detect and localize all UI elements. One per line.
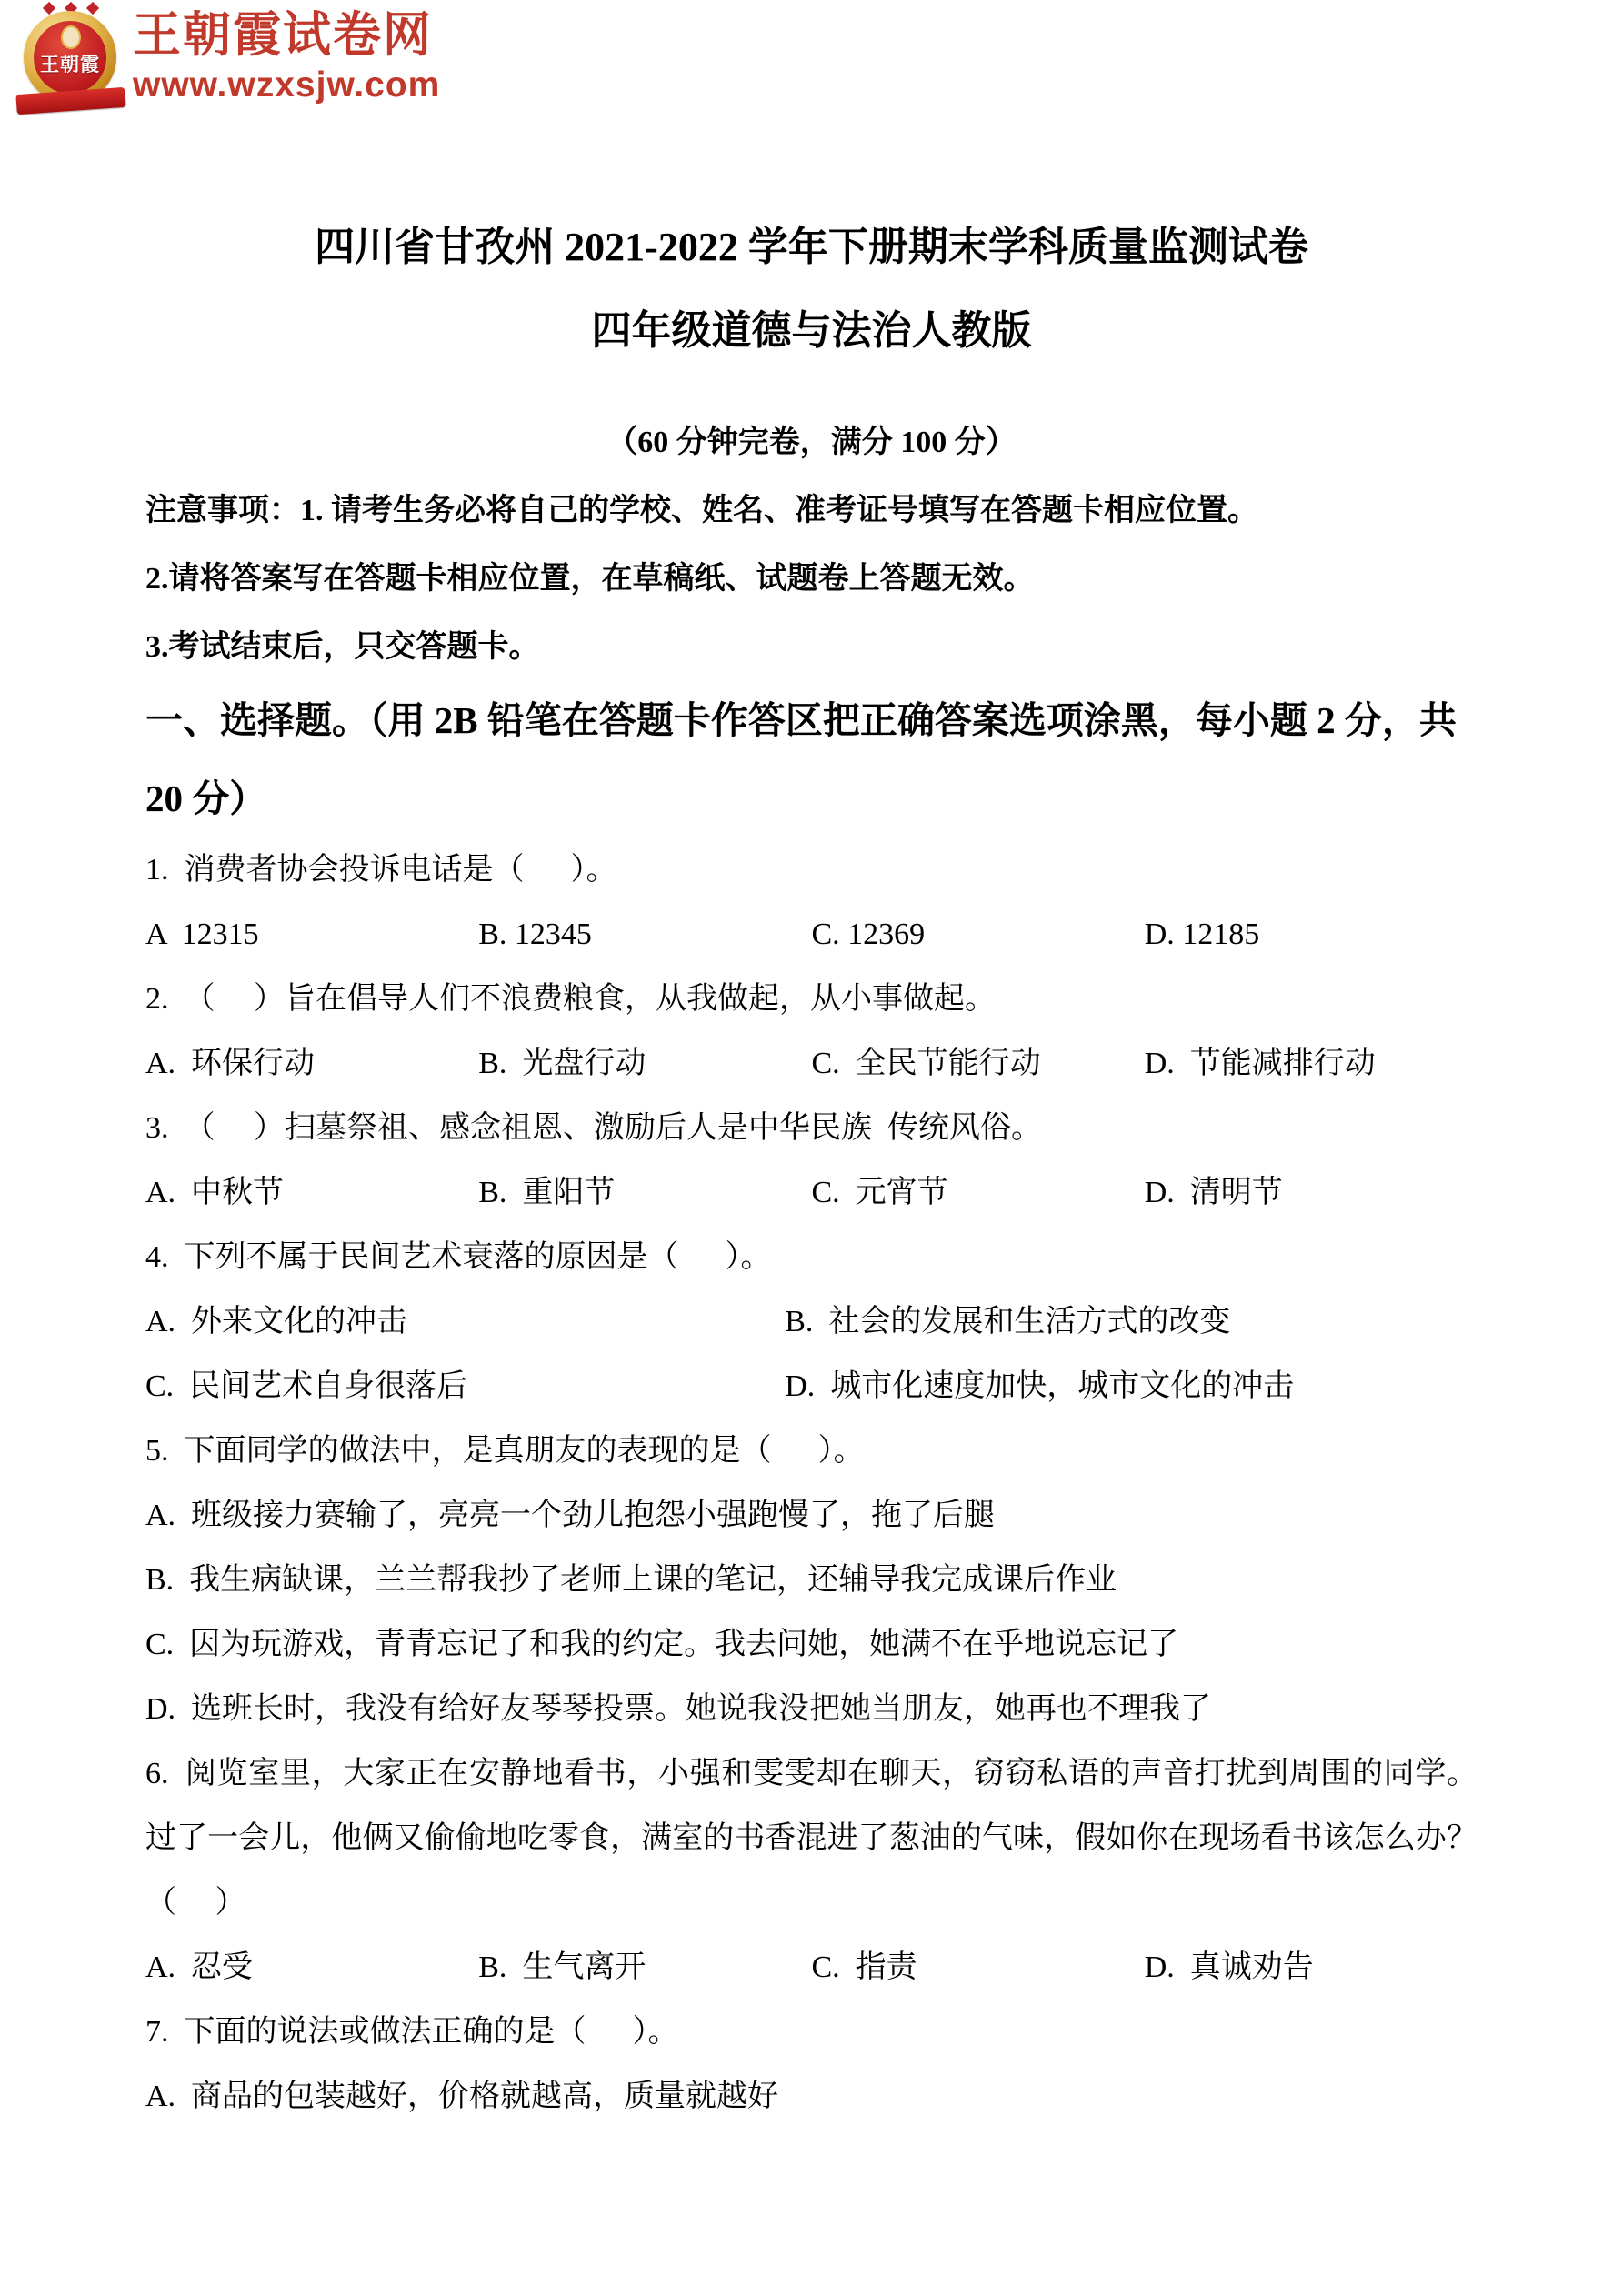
question-2: 2. （ ）旨在倡导人们不浪费粮食，从我做起，从小事做起。 A. 环保行动 B.… bbox=[145, 967, 1478, 1096]
badge-calligraphy-text: 王朝霞 bbox=[40, 50, 100, 77]
option-b: B. 光盘行动 bbox=[478, 1031, 811, 1096]
document-content: 四川省甘孜州 2021-2022 学年下册期末学科质量监测试卷 四年级道德与法治… bbox=[0, 206, 1623, 2129]
option-b: B. 重阳节 bbox=[478, 1160, 811, 1225]
section-heading-line1: 一、选择题。（用 2B 铅笔在答题卡作答区把正确答案选项涂黑，每小题 2 分，共 bbox=[145, 681, 1478, 759]
question-options: A. 商品的包装越好，价格就越高，质量就越好 bbox=[145, 2064, 1478, 2129]
question-options: A. 外来文化的冲击 B. 社会的发展和生活方式的改变 C. 民间艺术自身很落后… bbox=[145, 1289, 1478, 1419]
exam-title-line1: 四川省甘孜州 2021-2022 学年下册期末学科质量监测试卷 bbox=[145, 206, 1478, 289]
option-d: D. 城市化速度加快，城市文化的冲击 bbox=[785, 1354, 1478, 1419]
question-options: A. 环保行动 B. 光盘行动 C. 全民节能行动 D. 节能减排行动 bbox=[145, 1031, 1478, 1096]
exam-title: 四川省甘孜州 2021-2022 学年下册期末学科质量监测试卷 四年级道德与法治… bbox=[145, 206, 1478, 373]
site-logo: 王朝霞 王朝霞试卷网 www.wzxsjw.com bbox=[20, 4, 440, 111]
option-c: C. 12369 bbox=[812, 902, 1145, 967]
exam-paper-page: 王朝霞 王朝霞试卷网 www.wzxsjw.com 四川省甘孜州 2021-20… bbox=[0, 0, 1623, 2296]
option-d: D. 选班长时，我没有给好友琴琴投票。她说我没把她当朋友，她再也不理我了 bbox=[145, 1677, 1478, 1741]
question-text: 7. 下面的说法或做法正确的是（ ）。 bbox=[145, 2000, 1478, 2064]
brand-name: 王朝霞试卷网 bbox=[133, 11, 440, 59]
option-a: A. 中秋节 bbox=[145, 1160, 478, 1225]
question-options: A. 忍受 B. 生气离开 C. 指责 D. 真诚劝告 bbox=[145, 1935, 1478, 2000]
option-a: A. 商品的包装越好，价格就越高，质量就越好 bbox=[145, 2064, 1478, 2129]
option-c: C. 元宵节 bbox=[812, 1160, 1145, 1225]
option-c: C. 民间艺术自身很落后 bbox=[145, 1354, 785, 1419]
question-options: A. 中秋节 B. 重阳节 C. 元宵节 D. 清明节 bbox=[145, 1160, 1478, 1225]
notice-line-3: 3.考试结束后，只交答题卡。 bbox=[145, 613, 1478, 681]
question-5: 5. 下面同学的做法中，是真朋友的表现的是（ ）。 A. 班级接力赛输了，亮亮一… bbox=[145, 1419, 1478, 1741]
option-d: D. 真诚劝告 bbox=[1145, 1935, 1478, 2000]
option-b: B. 生气离开 bbox=[478, 1935, 811, 2000]
question-text: 6. 阅览室里，大家正在安静地看书，小强和雯雯却在聊天，窃窃私语的声音打扰到周围… bbox=[145, 1741, 1478, 1935]
question-options: A 12315 B. 12345 C. 12369 D. 12185 bbox=[145, 902, 1478, 967]
option-d: D. 节能减排行动 bbox=[1145, 1031, 1478, 1096]
notice-line-2: 2.请将答案写在答题卡相应位置，在草稿纸、试题卷上答题无效。 bbox=[145, 545, 1478, 613]
exam-notices: 注意事项：1. 请考生务必将自己的学校、姓名、准考证号填写在答题卡相应位置。 2… bbox=[145, 476, 1478, 681]
badge-ribbon-icon bbox=[15, 87, 125, 115]
question-options: A. 班级接力赛输了，亮亮一个劲儿抱怨小强跑慢了，拖了后腿 B. 我生病缺课，兰… bbox=[145, 1483, 1478, 1741]
option-a: A. 环保行动 bbox=[145, 1031, 478, 1096]
medal-badge-icon: 王朝霞 bbox=[20, 4, 122, 111]
exam-title-line2: 四年级道德与法治人教版 bbox=[145, 289, 1478, 373]
option-a: A. 忍受 bbox=[145, 1935, 478, 2000]
exam-duration-score: （60 分钟完卷，满分 100 分） bbox=[145, 422, 1478, 464]
question-list: 1. 消费者协会投诉电话是（ ）。 A 12315 B. 12345 C. 12… bbox=[145, 837, 1478, 2129]
question-text: 1. 消费者协会投诉电话是（ ）。 bbox=[145, 837, 1478, 902]
question-4: 4. 下列不属于民间艺术衰落的原因是（ ）。 A. 外来文化的冲击 B. 社会的… bbox=[145, 1225, 1478, 1419]
question-6: 6. 阅览室里，大家正在安静地看书，小强和雯雯却在聊天，窃窃私语的声音打扰到周围… bbox=[145, 1741, 1478, 2000]
option-b: B. 社会的发展和生活方式的改变 bbox=[785, 1289, 1478, 1354]
option-a: A. 外来文化的冲击 bbox=[145, 1289, 785, 1354]
option-a: A. 班级接力赛输了，亮亮一个劲儿抱怨小强跑慢了，拖了后腿 bbox=[145, 1483, 1478, 1548]
option-c: C. 指责 bbox=[812, 1935, 1145, 2000]
brand-url: www.wzxsjw.com bbox=[133, 67, 440, 103]
section-heading: 一、选择题。（用 2B 铅笔在答题卡作答区把正确答案选项涂黑，每小题 2 分，共… bbox=[145, 681, 1478, 837]
notice-line-1: 注意事项：1. 请考生务必将自己的学校、姓名、准考证号填写在答题卡相应位置。 bbox=[145, 476, 1478, 545]
option-c: C. 全民节能行动 bbox=[812, 1031, 1145, 1096]
question-text: 5. 下面同学的做法中，是真朋友的表现的是（ ）。 bbox=[145, 1419, 1478, 1483]
question-text: 3. （ ）扫墓祭祖、感念祖恩、激励后人是中华民族 传统风俗。 bbox=[145, 1096, 1478, 1160]
option-c: C. 因为玩游戏，青青忘记了和我的约定。我去问她，她满不在乎地说忘记了 bbox=[145, 1612, 1478, 1677]
question-7: 7. 下面的说法或做法正确的是（ ）。 A. 商品的包装越好，价格就越高，质量就… bbox=[145, 2000, 1478, 2129]
question-1: 1. 消费者协会投诉电话是（ ）。 A 12315 B. 12345 C. 12… bbox=[145, 837, 1478, 967]
question-text: 2. （ ）旨在倡导人们不浪费粮食，从我做起，从小事做起。 bbox=[145, 967, 1478, 1031]
option-a: A 12315 bbox=[145, 902, 478, 967]
question-3: 3. （ ）扫墓祭祖、感念祖恩、激励后人是中华民族 传统风俗。 A. 中秋节 B… bbox=[145, 1096, 1478, 1225]
option-d: D. 12185 bbox=[1145, 902, 1478, 967]
section-heading-line2: 20 分） bbox=[145, 759, 1478, 837]
option-d: D. 清明节 bbox=[1145, 1160, 1478, 1225]
question-text: 4. 下列不属于民间艺术衰落的原因是（ ）。 bbox=[145, 1225, 1478, 1289]
option-b: B. 我生病缺课，兰兰帮我抄了老师上课的笔记，还辅导我完成课后作业 bbox=[145, 1548, 1478, 1612]
option-b: B. 12345 bbox=[478, 902, 811, 967]
badge-portrait-icon bbox=[61, 25, 81, 49]
